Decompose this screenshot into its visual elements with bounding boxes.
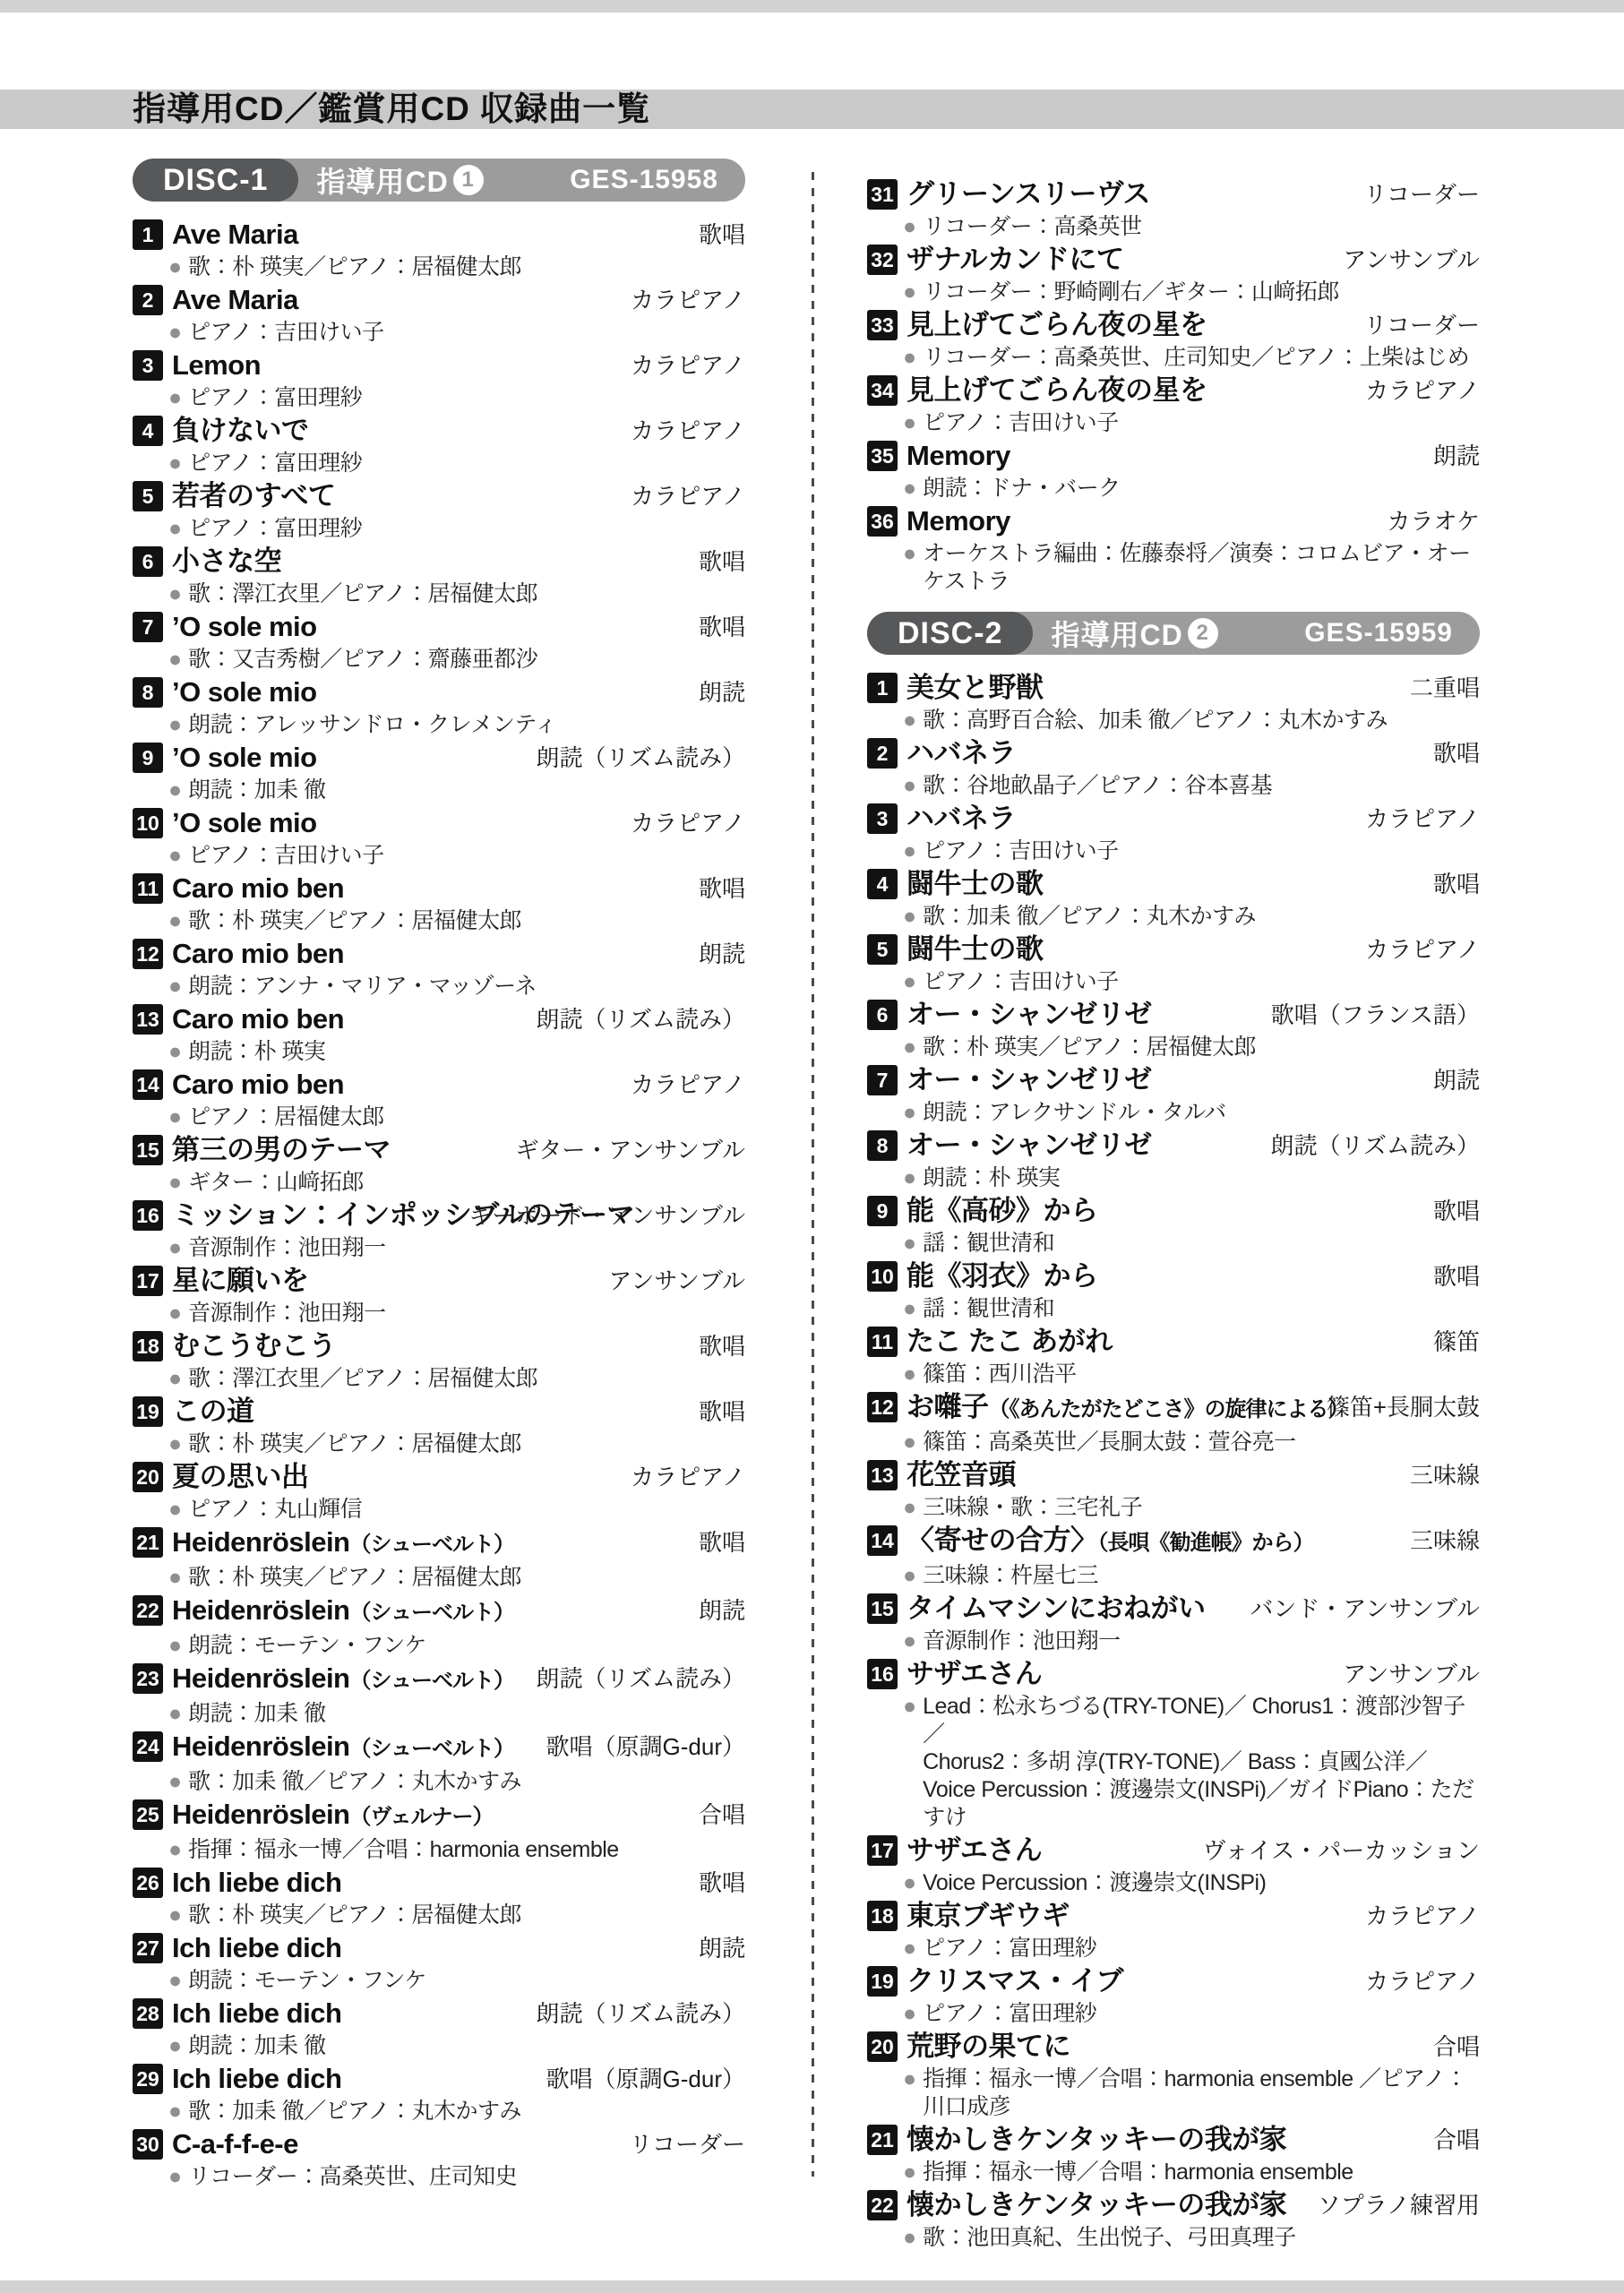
track-category: 朗読（リズム読み） xyxy=(537,739,745,777)
track-number: 28 xyxy=(133,1998,163,2029)
track-title: Heidenröslein（シューベルト） xyxy=(172,1524,692,1564)
track-credit: ● 指揮：福永一博／合唱：harmonia ensemble xyxy=(133,1836,745,1864)
track-row: 29 Ich liebe dich 歌唱（原調G-dur） ● 歌：加耒 徹／ピ… xyxy=(133,2060,745,2126)
track-row: 18 東京ブギウギ カラピアノ ● ピアノ：富田理紗 xyxy=(867,1897,1480,1962)
track-row: 26 Ich liebe dich 歌唱 ● 歌：朴 瑛実／ピアノ：居福健太郎 xyxy=(133,1864,745,1929)
track-number: 25 xyxy=(133,1799,163,1830)
track-credit: ● 歌：加耒 徹／ピアノ：丸木かすみ xyxy=(133,2098,745,2126)
track-credit-text: 三味線・歌：三宅礼子 xyxy=(923,1494,1142,1522)
track-title-row: 16 ミッション：インポッシブルのテーマ キーボード・アンサンブル xyxy=(133,1197,745,1234)
track-credit: ● 朗読：朴 瑛実 xyxy=(133,1038,745,1066)
track-title-text: 懐かしきケンタッキーの我が家 xyxy=(907,2189,1286,2220)
track-number: 8 xyxy=(133,677,163,708)
track-number: 2 xyxy=(867,738,898,769)
track-credit-text: ピアノ：富田理紗 xyxy=(188,384,362,412)
track-credit-text: ピアノ：吉田けい子 xyxy=(188,319,384,347)
bullet-icon: ● xyxy=(168,580,182,608)
track-title: 荒野の果てに xyxy=(907,2028,1426,2065)
track-title-row: 1 美女と野獣 二重唱 xyxy=(867,669,1480,707)
track-credit-text: ピアノ：丸山輝信 xyxy=(188,1496,362,1524)
track-number: 1 xyxy=(133,219,163,250)
track-credit: ● 朗読：ドナ・バーク xyxy=(867,475,1480,502)
track-credit: ● ギター：山﨑拓郎 xyxy=(133,1169,745,1197)
track-number: 29 xyxy=(133,2064,163,2094)
track-credit: ● 歌：朴 瑛実／ピアノ：居福健太郎 xyxy=(867,1034,1480,1061)
track-title-row: 20 荒野の果てに 合唱 xyxy=(867,2028,1480,2065)
track-credit: ● 指揮：福永一博／合唱：harmonia ensemble xyxy=(867,2159,1480,2186)
track-title-row: 12 お囃子（《あんたがたどこさ》の旋律による） 篠笛+長胴太鼓 xyxy=(867,1388,1480,1429)
bullet-icon: ● xyxy=(168,253,182,281)
track-number: 6 xyxy=(867,1000,898,1030)
bullet-icon: ● xyxy=(168,1768,182,1796)
bullet-icon: ● xyxy=(903,1693,916,1721)
track-credit: ● 歌：澤江衣里／ピアノ：居福健太郎 xyxy=(133,1365,745,1393)
track-credit-text: リコーダー：高桑英世、庄司知史／ピアノ：上柴はじめ xyxy=(923,344,1469,372)
track-title-text: 能《高砂》から xyxy=(907,1195,1098,1226)
track-number: 11 xyxy=(867,1327,898,1357)
bullet-icon: ● xyxy=(168,1234,182,1262)
track-number: 13 xyxy=(133,1004,163,1035)
track-number: 1 xyxy=(867,673,898,703)
track-credit: ● 篠笛：西川浩平 xyxy=(867,1361,1480,1388)
track-category: 歌唱 xyxy=(699,1327,745,1365)
track-category: キーボード・アンサンブル xyxy=(468,1197,745,1234)
track-number: 13 xyxy=(867,1460,898,1490)
track-row: 23 Heidenröslein（シューベルト） 朗読（リズム読み） ● 朗読：… xyxy=(133,1660,745,1728)
track-title: Memory xyxy=(907,437,1426,475)
track-title-text: 夏の思い出 xyxy=(172,1461,309,1492)
track-credit: ● 篠笛：高桑英世／長胴太鼓：萱谷亮一 xyxy=(867,1429,1480,1456)
track-credit: ● 歌：高野百合絵、加耒 徹／ピアノ：丸木かすみ xyxy=(867,707,1480,734)
track-row: 7 オー・シャンゼリゼ 朗読 ● 朗読：アレクサンドル・タルバ xyxy=(867,1061,1480,1127)
track-category: 歌唱（原調G-dur） xyxy=(546,2060,745,2098)
track-credit: ● 歌：朴 瑛実／ピアノ：居福健太郎 xyxy=(133,1902,745,1929)
track-title: Heidenröslein（ヴェルナー） xyxy=(172,1796,692,1836)
bullet-icon: ● xyxy=(903,1164,916,1192)
track-credit-text: ピアノ：富田理紗 xyxy=(923,1935,1096,1962)
bullet-icon: ● xyxy=(168,2098,182,2126)
track-row: 27 Ich liebe dich 朗読 ● 朗読：モーテン・フンケ xyxy=(133,1929,745,1995)
track-title: ’O sole mio xyxy=(172,674,692,711)
track-title-note: （シューベルト） xyxy=(350,1737,515,1761)
track-title: お囃子（《あんたがたどこさ》の旋律による） xyxy=(907,1388,1319,1429)
bullet-icon: ● xyxy=(903,2065,916,2093)
bullet-icon: ● xyxy=(168,1700,182,1728)
track-title-row: 4 闘牛士の歌 歌唱 xyxy=(867,865,1480,903)
track-number: 10 xyxy=(867,1261,898,1292)
track-title-row: 21 懐かしきケンタッキーの我が家 合唱 xyxy=(867,2121,1480,2159)
disc1-number-badge: 1 xyxy=(453,165,484,195)
track-number: 18 xyxy=(867,1901,898,1931)
track-credit: ● 三味線：杵屋七三 xyxy=(867,1562,1480,1590)
bullet-icon: ● xyxy=(903,968,916,996)
track-credit-text: 歌：朴 瑛実／ピアノ：居福健太郎 xyxy=(188,1902,521,1929)
track-credit-text: 朗読：アレッサンドロ・クレメンティ xyxy=(188,711,556,739)
track-title-text: 見上げてごらん夜の星を xyxy=(907,374,1207,406)
track-title-row: 23 Heidenröslein（シューベルト） 朗読（リズム読み） xyxy=(133,1660,745,1700)
track-row: 5 闘牛士の歌 カラピアノ ● ピアノ：吉田けい子 xyxy=(867,931,1480,996)
track-row: 21 懐かしきケンタッキーの我が家 合唱 ● 指揮：福永一博／合唱：harmon… xyxy=(867,2121,1480,2186)
track-category: ソプラノ練習用 xyxy=(1318,2186,1480,2224)
track-credit: ● 歌：朴 瑛実／ピアノ：居福健太郎 xyxy=(133,907,745,935)
track-credit: ● 朗読：アンナ・マリア・マッゾーネ xyxy=(133,973,745,1001)
track-credit-text: 歌：朴 瑛実／ピアノ：居福健太郎 xyxy=(188,907,521,935)
track-number: 15 xyxy=(867,1593,898,1624)
track-credit-text: ピアノ：吉田けい子 xyxy=(923,968,1119,996)
track-category: カラピアノ xyxy=(631,1458,745,1496)
bullet-icon: ● xyxy=(903,2159,916,2186)
track-title-text: 花笠音頭 xyxy=(907,1459,1016,1490)
track-category: 三味線 xyxy=(1410,1456,1480,1494)
track-credit: ● 朗読：アレクサンドル・タルバ xyxy=(867,1099,1480,1127)
track-title-text: グリーンスリーヴス xyxy=(907,178,1150,210)
track-credit-text: 歌：谷地畝晶子／ピアノ：谷本喜基 xyxy=(923,772,1272,800)
track-title-text: Heidenröslein xyxy=(172,1730,350,1762)
track-title-row: 1 Ave Maria 歌唱 xyxy=(133,216,745,253)
track-row: 1 Ave Maria 歌唱 ● 歌：朴 瑛実／ピアノ：居福健太郎 xyxy=(133,216,745,281)
track-number: 14 xyxy=(133,1069,163,1100)
track-title-text: Ich liebe dich xyxy=(172,1997,341,2029)
track-credit: ● 指揮：福永一博／合唱：harmonia ensemble ／ピアノ：川口成彦 xyxy=(867,2065,1480,2121)
track-category: 朗読 xyxy=(699,1592,745,1629)
track-credit-text: 朗読：アンナ・マリア・マッゾーネ xyxy=(188,973,537,1001)
track-category: アンサンブル xyxy=(1343,241,1480,279)
track-credit: ● ピアノ：富田理紗 xyxy=(133,384,745,412)
track-number: 4 xyxy=(867,869,898,899)
track-credit-text: Voice Percussion：渡邊崇文(INSPi) xyxy=(923,1869,1266,1897)
track-title-text: Ave Maria xyxy=(172,219,298,250)
track-title-text: ’O sole mio xyxy=(172,807,317,838)
track-title-text: Caro mio ben xyxy=(172,1069,344,1100)
track-category: 合唱 xyxy=(699,1796,745,1834)
track-title: Ich liebe dich xyxy=(172,1995,529,2032)
bullet-icon: ● xyxy=(903,1034,916,1061)
track-row: 13 花笠音頭 三味線 ● 三味線・歌：三宅礼子 xyxy=(867,1456,1480,1522)
bullet-icon: ● xyxy=(168,1104,182,1131)
track-category: 歌唱 xyxy=(699,870,745,907)
track-title-text: Memory xyxy=(907,505,1010,537)
track-title: Ich liebe dich xyxy=(172,2060,539,2098)
bullet-icon: ● xyxy=(168,1967,182,1995)
page-title-band: 指導用CD／鑑賞用CD 収録曲一覧 xyxy=(0,90,1624,129)
track-credit-text: 歌：加耒 徹／ピアノ：丸木かすみ xyxy=(188,2098,521,2126)
track-title: 闘牛士の歌 xyxy=(907,931,1358,968)
track-number: 6 xyxy=(133,546,163,577)
bullet-icon: ● xyxy=(903,213,916,241)
track-credit: ● 朗読：加耒 徹 xyxy=(133,777,745,804)
track-category: 朗読（リズム読み） xyxy=(537,1001,745,1038)
track-number: 18 xyxy=(133,1331,163,1361)
track-title: Ave Maria xyxy=(172,281,623,319)
bullet-icon: ● xyxy=(168,1300,182,1327)
track-credit: ● 音源制作：池田翔一 xyxy=(867,1627,1480,1655)
track-title-row: 10 ’O sole mio カラピアノ xyxy=(133,804,745,842)
track-title-row: 33 見上げてごらん夜の星を リコーダー xyxy=(867,306,1480,344)
track-credit: ● ピアノ：吉田けい子 xyxy=(867,968,1480,996)
track-title-text: 能《羽衣》から xyxy=(907,1260,1098,1292)
bullet-icon: ● xyxy=(903,1562,916,1590)
track-credit-text: 朗読：加耒 徹 xyxy=(188,777,325,804)
track-category: 合唱 xyxy=(1433,2028,1480,2065)
track-credit-text: 三味線：杵屋七三 xyxy=(923,1562,1098,1590)
track-title-text: Ich liebe dich xyxy=(172,1867,341,1898)
bullet-icon: ● xyxy=(903,1494,916,1522)
track-title: オー・シャンゼリゼ xyxy=(907,1127,1264,1164)
track-category: 朗読（リズム読み） xyxy=(537,1660,745,1697)
track-title: 夏の思い出 xyxy=(172,1458,623,1496)
bullet-icon: ● xyxy=(168,1169,182,1197)
track-title-row: 13 花笠音頭 三味線 xyxy=(867,1456,1480,1494)
track-title: たこ たこ あがれ xyxy=(907,1323,1426,1361)
track-title: Lemon xyxy=(172,347,623,384)
track-title-row: 17 サザエさん ヴォイス・パーカッション xyxy=(867,1832,1480,1869)
track-title-row: 11 Caro mio ben 歌唱 xyxy=(133,870,745,907)
track-title-row: 4 負けないで カラピアノ xyxy=(133,412,745,450)
track-row: 22 懐かしきケンタッキーの我が家 ソプラノ練習用 ● 歌：池田真紀、生出悦子、… xyxy=(867,2186,1480,2252)
right-column: 31 グリーンスリーヴス リコーダー ● リコーダー：高桑英世 32 ザナルカン… xyxy=(867,176,1480,2252)
track-credit: ● 謡：観世清和 xyxy=(867,1230,1480,1258)
track-number: 17 xyxy=(133,1266,163,1296)
track-credit-text: ピアノ：吉田けい子 xyxy=(188,842,384,870)
track-credit: ● 朗読：モーテン・フンケ xyxy=(133,1632,745,1660)
track-row: 30 C-a-f-f-e-e リコーダー ● リコーダー：高桑英世、庄司知史 xyxy=(133,2126,745,2191)
track-title-row: 18 東京ブギウギ カラピアノ xyxy=(867,1897,1480,1935)
track-title-row: 3 ハバネラ カラピアノ xyxy=(867,800,1480,837)
track-number: 2 xyxy=(133,285,163,315)
track-row: 5 若者のすべて カラピアノ ● ピアノ：富田理紗 xyxy=(133,477,745,543)
track-credit-text: 歌：加耒 徹／ピアノ：丸木かすみ xyxy=(923,903,1256,931)
track-title-text: ハバネラ xyxy=(907,803,1016,834)
track-credit: ● 三味線・歌：三宅礼子 xyxy=(867,1494,1480,1522)
track-title: ザナルカンドにて xyxy=(907,241,1336,279)
track-category: アンサンブル xyxy=(608,1262,745,1300)
bullet-icon: ● xyxy=(903,1230,916,1258)
bullet-icon: ● xyxy=(168,450,182,477)
track-number: 12 xyxy=(133,939,163,969)
track-title: オー・シャンゼリゼ xyxy=(907,996,1264,1034)
track-category: カラピアノ xyxy=(631,477,745,515)
track-row: 4 闘牛士の歌 歌唱 ● 歌：加耒 徹／ピアノ：丸木かすみ xyxy=(867,865,1480,931)
track-title: ハバネラ xyxy=(907,800,1358,837)
track-title-row: 5 闘牛士の歌 カラピアノ xyxy=(867,931,1480,968)
track-title-row: 16 サザエさん アンサンブル xyxy=(867,1655,1480,1693)
track-credit-text: 歌：朴 瑛実／ピアノ：居福健太郎 xyxy=(188,1430,521,1458)
track-number: 36 xyxy=(867,506,898,537)
track-row: 10 能《羽衣》から 歌唱 ● 謡：観世清和 xyxy=(867,1258,1480,1323)
track-number: 35 xyxy=(867,441,898,471)
track-title: 小さな空 xyxy=(172,543,692,580)
track-title: グリーンスリーヴス xyxy=(907,176,1357,213)
track-row: 4 負けないで カラピアノ ● ピアノ：富田理紗 xyxy=(133,412,745,477)
track-category: 歌唱 xyxy=(699,1524,745,1561)
disc1-catalog: GES-15958 xyxy=(570,165,718,195)
track-row: 18 むこうむこう 歌唱 ● 歌：澤江衣里／ピアノ：居福健太郎 xyxy=(133,1327,745,1393)
track-title-row: 29 Ich liebe dich 歌唱（原調G-dur） xyxy=(133,2060,745,2098)
track-credit: ● 歌：加耒 徹／ピアノ：丸木かすみ xyxy=(133,1768,745,1796)
track-title-row: 24 Heidenröslein（シューベルト） 歌唱（原調G-dur） xyxy=(133,1728,745,1768)
track-credit: ● Lead：松永ちづる(TRY-TONE)／ Chorus1：渡部沙智子／ C… xyxy=(867,1693,1480,1832)
track-title-note: （《あんたがたどこさ》の旋律による） xyxy=(989,1397,1349,1421)
track-credit: ● 歌：池田真紀、生出悦子、弓田真理子 xyxy=(867,2224,1480,2252)
track-number: 27 xyxy=(133,1933,163,1963)
track-title: 能《高砂》から xyxy=(907,1192,1426,1230)
track-title-text: むこうむこう xyxy=(172,1330,336,1361)
track-title: Caro mio ben xyxy=(172,935,692,973)
page-title: 指導用CD／鑑賞用CD 収録曲一覧 xyxy=(0,90,650,129)
track-credit: ● ピアノ：丸山輝信 xyxy=(133,1496,745,1524)
track-title: 能《羽衣》から xyxy=(907,1258,1426,1295)
track-row: 1 美女と野獣 二重唱 ● 歌：高野百合絵、加耒 徹／ピアノ：丸木かすみ xyxy=(867,669,1480,734)
track-title: 美女と野獣 xyxy=(907,669,1403,707)
track-category: カラピアノ xyxy=(631,281,745,319)
track-category: 二重唱 xyxy=(1410,669,1480,707)
track-number: 12 xyxy=(867,1392,898,1422)
bullet-icon: ● xyxy=(168,384,182,412)
bullet-icon: ● xyxy=(903,1869,916,1897)
track-title-text: 星に願いを xyxy=(172,1265,309,1296)
track-credit: ● Voice Percussion：渡邊崇文(INSPi) xyxy=(867,1869,1480,1897)
track-number: 10 xyxy=(133,808,163,838)
track-category: 朗読 xyxy=(1433,1061,1480,1099)
document-page: { "page": { "title": "指導用CD／鑑賞用CD 収録曲一覧"… xyxy=(0,0,1624,2293)
track-title-text: C-a-f-f-e-e xyxy=(172,2128,298,2160)
track-credit-text: 音源制作：池田翔一 xyxy=(188,1234,386,1262)
track-row: 11 Caro mio ben 歌唱 ● 歌：朴 瑛実／ピアノ：居福健太郎 xyxy=(133,870,745,935)
track-number: 22 xyxy=(867,2190,898,2220)
track-title-row: 19 クリスマス・イブ カラピアノ xyxy=(867,1962,1480,2000)
bullet-icon: ● xyxy=(903,409,916,437)
track-credit-text: 朗読：加耒 徹 xyxy=(188,1700,325,1728)
track-title: 東京ブギウギ xyxy=(907,1897,1358,1935)
track-category: カラオケ xyxy=(1388,502,1480,540)
track-number: 5 xyxy=(133,481,163,511)
track-number: 16 xyxy=(867,1659,898,1689)
track-credit-text: 指揮：福永一博／合唱：harmonia ensemble xyxy=(923,2159,1353,2186)
track-title-text: オー・シャンゼリゼ xyxy=(907,1129,1152,1161)
track-title-text: Heidenröslein xyxy=(172,1662,350,1694)
track-credit: ● ピアノ：吉田けい子 xyxy=(133,842,745,870)
track-category: リコーダー xyxy=(1364,176,1480,213)
disc2-track-list: 1 美女と野獣 二重唱 ● 歌：高野百合絵、加耒 徹／ピアノ：丸木かすみ 2 ハ… xyxy=(867,669,1480,2252)
track-title: 〈寄せの合方〉（長唄《勧進帳》から） xyxy=(907,1522,1403,1562)
track-title-text: 第三の男のテーマ xyxy=(172,1134,391,1165)
track-title-text: Lemon xyxy=(172,349,261,381)
track-credit: ● 朗読：朴 瑛実 xyxy=(867,1164,1480,1192)
track-category: 朗読 xyxy=(699,674,745,711)
bullet-icon: ● xyxy=(168,1564,182,1592)
track-row: 31 グリーンスリーヴス リコーダー ● リコーダー：高桑英世 xyxy=(867,176,1480,241)
track-category: 朗読（リズム読み） xyxy=(1271,1127,1480,1164)
bullet-icon: ● xyxy=(168,711,182,739)
track-title-note: （シューベルト） xyxy=(350,1601,515,1625)
track-title: Ich liebe dich xyxy=(172,1864,692,1902)
track-title-text: タイムマシンにおねがい xyxy=(907,1593,1205,1624)
track-title: Caro mio ben xyxy=(172,1001,529,1038)
track-title-text: たこ たこ あがれ xyxy=(907,1326,1113,1357)
track-row: 3 ハバネラ カラピアノ ● ピアノ：吉田けい子 xyxy=(867,800,1480,865)
track-credit-text: ピアノ：吉田けい子 xyxy=(923,409,1119,437)
track-title-row: 31 グリーンスリーヴス リコーダー xyxy=(867,176,1480,213)
track-number: 4 xyxy=(133,416,163,446)
track-credit: ● リコーダー：高桑英世、庄司知史 xyxy=(133,2163,745,2191)
track-title-text: 小さな空 xyxy=(172,545,281,577)
track-title-text: Heidenröslein xyxy=(172,1526,350,1558)
track-row: 33 見上げてごらん夜の星を リコーダー ● リコーダー：高桑英世、庄司知史／ピ… xyxy=(867,306,1480,372)
track-credit: ● 朗読：モーテン・フンケ xyxy=(133,1967,745,1995)
track-credit: ● 歌：又吉秀樹／ピアノ：齋藤亜都沙 xyxy=(133,646,745,674)
track-title-text: 負けないで xyxy=(172,415,309,446)
track-number: 19 xyxy=(133,1396,163,1427)
track-title: ’O sole mio xyxy=(172,739,529,777)
track-category: ヴォイス・パーカッション xyxy=(1203,1832,1480,1869)
track-credit-text: 音源制作：池田翔一 xyxy=(188,1300,386,1327)
track-title-text: オー・シャンゼリゼ xyxy=(907,999,1152,1030)
track-credit-text: 朗読：加耒 徹 xyxy=(188,2032,325,2060)
track-number: 26 xyxy=(133,1868,163,1898)
track-title: 懐かしきケンタッキーの我が家 xyxy=(907,2186,1310,2224)
track-row: 15 第三の男のテーマ ギター・アンサンブル ● ギター：山﨑拓郎 xyxy=(133,1131,745,1197)
track-title-note: （長唄《勧進帳》から） xyxy=(1098,1531,1314,1555)
track-credit: ● オーケストラ編曲：佐藤泰将／演奏：コロムビア・オーケストラ xyxy=(867,540,1480,596)
track-credit-text: 歌：澤江衣里／ピアノ：居福健太郎 xyxy=(188,1365,537,1393)
track-title-row: 28 Ich liebe dich 朗読（リズム読み） xyxy=(133,1995,745,2032)
track-credit: ● 朗読：アレッサンドロ・クレメンティ xyxy=(133,711,745,739)
disc2-pill: DISC-2 xyxy=(867,612,1033,655)
track-credit-text: 歌：高野百合絵、加耒 徹／ピアノ：丸木かすみ xyxy=(923,707,1388,734)
track-title-row: 3 Lemon カラピアノ xyxy=(133,347,745,384)
bullet-icon: ● xyxy=(903,837,916,865)
track-title-row: 22 Heidenröslein（シューベルト） 朗読 xyxy=(133,1592,745,1632)
track-title: ’O sole mio xyxy=(172,804,623,842)
track-category: リコーダー xyxy=(1364,306,1480,344)
track-number: 3 xyxy=(133,350,163,381)
track-number: 24 xyxy=(133,1731,163,1762)
track-title: 闘牛士の歌 xyxy=(907,865,1426,903)
track-row: 8 ’O sole mio 朗読 ● 朗読：アレッサンドロ・クレメンティ xyxy=(133,674,745,739)
track-title-row: 26 Ich liebe dich 歌唱 xyxy=(133,1864,745,1902)
track-title: サザエさん xyxy=(907,1655,1336,1693)
track-title-row: 25 Heidenröslein（ヴェルナー） 合唱 xyxy=(133,1796,745,1836)
track-credit-text: ピアノ：吉田けい子 xyxy=(923,837,1119,865)
track-row: 8 オー・シャンゼリゼ 朗読（リズム読み） ● 朗読：朴 瑛実 xyxy=(867,1127,1480,1192)
track-row: 19 クリスマス・イブ カラピアノ ● ピアノ：富田理紗 xyxy=(867,1962,1480,2028)
track-credit-text: 謡：観世清和 xyxy=(923,1230,1054,1258)
track-row: 11 たこ たこ あがれ 篠笛 ● 篠笛：西川浩平 xyxy=(867,1323,1480,1388)
track-title: サザエさん xyxy=(907,1832,1196,1869)
track-row: 6 オー・シャンゼリゼ 歌唱（フランス語） ● 歌：朴 瑛実／ピアノ：居福健太郎 xyxy=(867,996,1480,1061)
track-credit: ● ピアノ：富田理紗 xyxy=(133,450,745,477)
track-number: 19 xyxy=(867,1966,898,1997)
track-title-text: 若者のすべて xyxy=(172,480,335,511)
track-title-row: 8 オー・シャンゼリゼ 朗読（リズム読み） xyxy=(867,1127,1480,1164)
track-title-text: ’O sole mio xyxy=(172,742,317,773)
bullet-icon: ● xyxy=(903,1429,916,1456)
track-title: 見上げてごらん夜の星を xyxy=(907,306,1357,344)
track-credit: ● 歌：朴 瑛実／ピアノ：居福健太郎 xyxy=(133,1564,745,1592)
track-title: クリスマス・イブ xyxy=(907,1962,1358,2000)
track-row: 32 ザナルカンドにて アンサンブル ● リコーダー：野崎剛右／ギター：山﨑拓郎 xyxy=(867,241,1480,306)
bullet-icon: ● xyxy=(168,2163,182,2191)
bullet-icon: ● xyxy=(903,1099,916,1127)
track-category: 三味線 xyxy=(1410,1522,1480,1559)
left-column: DISC-1 指導用CD 1 GES-15958 1 Ave Maria 歌唱 … xyxy=(133,159,745,2191)
track-row: 17 サザエさん ヴォイス・パーカッション ● Voice Percussion… xyxy=(867,1832,1480,1897)
track-title-text: 見上げてごらん夜の星を xyxy=(907,309,1207,340)
track-title-row: 13 Caro mio ben 朗読（リズム読み） xyxy=(133,1001,745,1038)
track-credit-text: 朗読：ドナ・バーク xyxy=(923,475,1121,502)
track-credit-text: ピアノ：富田理紗 xyxy=(923,2000,1096,2028)
track-title-text: 〈寄せの合方〉 xyxy=(907,1524,1098,1556)
